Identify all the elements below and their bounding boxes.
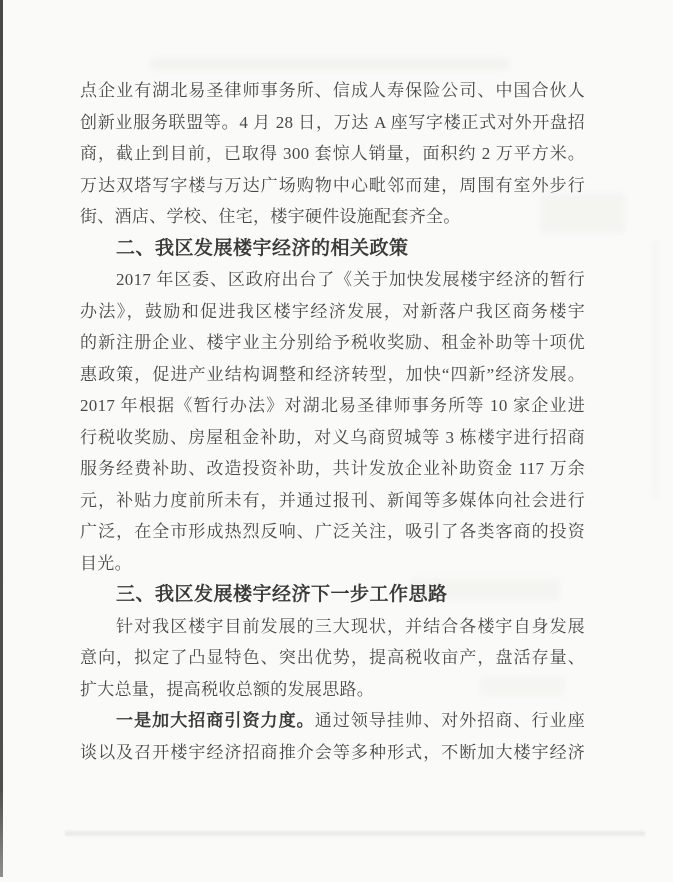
text-line: 谈以及召开楼宇经济招商推介会等多种形式，不断加大楼宇经济 [80, 737, 585, 769]
text-line: 针对我区楼宇目前发展的三大现状，并结合各楼宇自身发展 [80, 611, 585, 643]
text-line: 目光。 [80, 548, 585, 580]
text-line: 一是加大招商引资力度。通过领导挂帅、对外招商、行业座 [80, 705, 585, 737]
section-heading: 二、我区发展楼宇经济的相关政策 [80, 233, 585, 265]
scanned-document-page: { "page": { "background_color": "#fafaf8… [0, 0, 673, 882]
text-line: 办法》，鼓励和促进我区楼宇经济发展，对新落户我区商务楼宇 [80, 296, 585, 328]
text-line: 商，截止到目前，已取得 300 套惊人销量，面积约 2 万平方米。 [80, 138, 585, 170]
text-line: 街、酒店、学校、住宅，楼宇硬件设施配套齐全。 [80, 201, 585, 233]
text-line: 元，补贴力度前所未有，并通过报刊、新闻等多媒体向社会进行 [80, 485, 585, 517]
text-line: 意向，拟定了凸显特色、突出优势，提高税收亩产，盘活存量、 [80, 642, 585, 674]
bleed-through-smudge [150, 58, 510, 70]
bold-lead-in: 一是加大招商引资力度。 [116, 711, 315, 730]
scan-edge-shadow [0, 0, 3, 877]
text-line: 创新业服务联盟等。4 月 28 日，万达 A 座写字楼正式对外开盘招 [80, 107, 585, 139]
text-line: 惠政策，促进产业结构调整和经济转型，加快“四新”经济发展。 [80, 359, 585, 391]
scan-streak-artifact [65, 831, 645, 836]
text-line: 万达双塔写字楼与万达广场购物中心毗邻而建，周围有室外步行 [80, 170, 585, 202]
text-line: 点企业有湖北易圣律师事务所、信成人寿保险公司、中国合伙人 [80, 75, 585, 107]
text-line: 扩大总量，提高税收总额的发展思路。 [80, 674, 585, 706]
text-line: 行税收奖励、房屋租金补助，对义乌商贸城等 3 栋楼宇进行招商 [80, 422, 585, 454]
text-line: 2017 年根据《暂行办法》对湖北易圣律师事务所等 10 家企业进 [80, 390, 585, 422]
document-text: 点企业有湖北易圣律师事务所、信成人寿保险公司、中国合伙人创新业服务联盟等。4 月… [80, 75, 585, 768]
text-line: 服务经费补助、改造投资补助，共计发放企业补助资金 117 万余 [80, 453, 585, 485]
text-line: 广泛，在全市形成热烈反响、广泛关注，吸引了各类客商的投资 [80, 516, 585, 548]
bleed-through-smudge [652, 240, 658, 500]
section-heading: 三、我区发展楼宇经济下一步工作思路 [80, 579, 585, 611]
text-line: 的新注册企业、楼宇业主分别给予税收奖励、租金补助等十项优 [80, 327, 585, 359]
text-line: 2017 年区委、区政府出台了《关于加快发展楼宇经济的暂行 [80, 264, 585, 296]
